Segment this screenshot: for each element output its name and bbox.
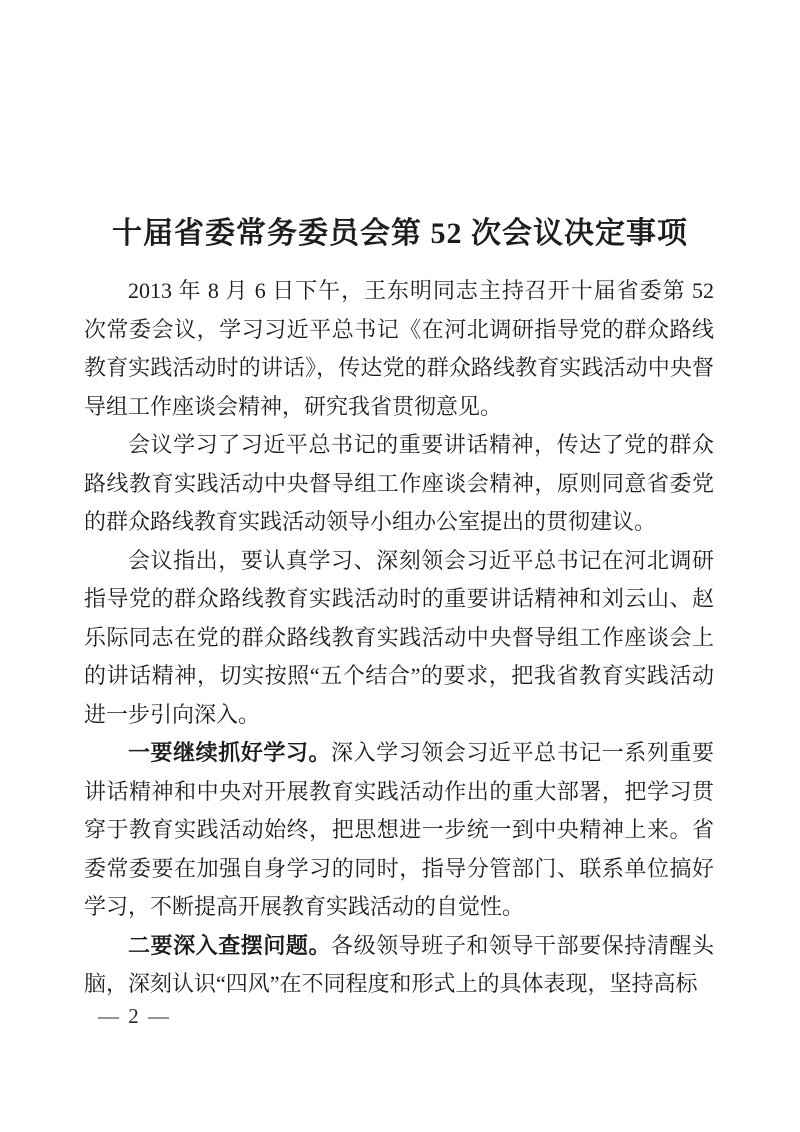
paragraph-4-text: 深入学习领会习近平总书记一系列重要讲话精神和中央对开展教育实践活动作出的重大部署… (84, 740, 714, 919)
document-title: 十届省委常务委员会第 52 次会议决定事项 (0, 208, 800, 252)
paragraph-1: 2013 年 8 月 6 日下午，王东明同志主持召开十届省委第 52 次常委会议… (84, 272, 714, 426)
paragraph-3: 会议指出，要认真学习、深刻领会习近平总书记在河北调研指导党的群众路线教育实践活动… (84, 542, 714, 735)
paragraph-2-text: 会议学习了习近平总书记的重要讲话精神，传达了党的群众路线教育实践活动中央督导组工… (84, 432, 714, 534)
paragraph-3-text: 会议指出，要认真学习、深刻领会习近平总书记在河北调研指导党的群众路线教育实践活动… (84, 548, 714, 727)
paragraph-1-text: 2013 年 8 月 6 日下午，王东明同志主持召开十届省委第 52 次常委会议… (84, 278, 714, 419)
paragraph-4-lead: 一要继续抓好学习。 (128, 740, 331, 765)
paragraph-2: 会议学习了习近平总书记的重要讲话精神，传达了党的群众路线教育实践活动中央督导组工… (84, 426, 714, 542)
paragraph-4: 一要继续抓好学习。深入学习领会习近平总书记一系列重要讲话精神和中央对开展教育实践… (84, 734, 714, 927)
document-body: 2013 年 8 月 6 日下午，王东明同志主持召开十届省委第 52 次常委会议… (84, 272, 714, 1004)
document-page: 十届省委常务委员会第 52 次会议决定事项 2013 年 8 月 6 日下午，王… (0, 0, 800, 1132)
paragraph-5-lead: 二要深入查摆问题。 (128, 933, 331, 958)
paragraph-5: 二要深入查摆问题。各级领导班子和领导干部要保持清醒头脑，深刻认识“四风”在不同程… (84, 927, 714, 1004)
page-number: — 2 — (98, 1004, 171, 1029)
